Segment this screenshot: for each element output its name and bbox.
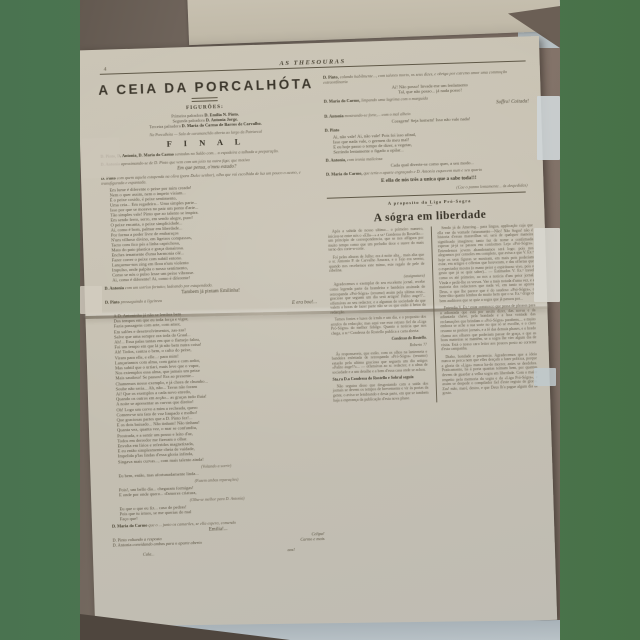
paragraph: Sendo já de Amering... para lingua, appl…: [437, 223, 535, 303]
speaker-name: D. Pinto: [325, 127, 340, 132]
spoken-line: Carmo e mais: [300, 536, 324, 542]
speaker-name: D. Maria do Carmo,: [326, 171, 363, 177]
paragraph: Temos fontes e luzes de irmãs e um dia, …: [331, 315, 427, 336]
left-column: A CEIA DA PORCALHÓTA FIGURÕES: Primeira …: [98, 72, 325, 558]
spoken-line: Cala...: [143, 552, 155, 557]
page-content: 4 AS THESOURAS A CEIA DA PORCALHÓTA FIGU…: [97, 42, 545, 625]
newspaper-page: 4 AS THESOURAS A CEIA DA PORCALHÓTA FIGU…: [80, 36, 557, 634]
speaker-name: D. Maria do Carmo: [112, 523, 147, 529]
direction-text: convidando ambas para o aparte aberto: [132, 540, 201, 547]
tape-patch: [534, 368, 556, 386]
speaker-name: D. Maria do Carmo,: [324, 98, 361, 104]
paragraph: Não seguira disso que desgostando com a …: [333, 382, 429, 403]
subcolumn-left: Após a sahida do nosso ultimo... o prime…: [328, 227, 429, 406]
article-title: A CEIA DA PORCALHÓTA: [98, 76, 310, 98]
verse-block: Ai, não vale! Ai, não vale! Pois foi iss…: [333, 128, 531, 154]
newspaper-photo: ... redacção IPEDITAS, de mantiqas e ret…: [80, 0, 560, 640]
direction-text: prosseguindo a ligeireza: [121, 298, 162, 304]
speaker-name: D. Antonia: [324, 113, 343, 119]
title-ornament-rule: [192, 97, 218, 102]
verse-block-1: Em lume é diferente o peixe por mim crea…: [109, 181, 316, 282]
closing-cues: Cala... aos!: [113, 546, 325, 558]
direction-text: mostrando-se forte,... com o mal alheio: [345, 111, 411, 118]
paragraph: Ás responsaveis, que estão, com os olhos…: [332, 349, 428, 375]
paragraph: Foi pelas alturas de Julho; era á noite …: [329, 252, 425, 273]
direction-text: limpando uma lagrima com o marguida: [361, 96, 428, 103]
paragraph: Diabo, bondade e paciencia. Agradecemos …: [441, 352, 538, 396]
speaker-name: D. Antonia,: [326, 157, 347, 163]
article-subcolumns: Após a sahida do nosso ultimo... o prime…: [328, 223, 538, 405]
spoken-line: aos!: [287, 547, 295, 552]
speaker-name: D. Antonia: [113, 542, 132, 548]
tape-patch: [80, 286, 102, 314]
subcolumn-right: Sendo já de Amering... para lingua, appl…: [430, 223, 538, 402]
paragraph: Agradecemos o exemplar do seu excelente …: [329, 280, 425, 315]
marketplace-photo-backdrop: ... redacção IPEDITAS, de mantiqas e ret…: [0, 0, 640, 640]
speaker-name: D. Pinto: [105, 299, 120, 304]
cast-role: Terceira palradora: [149, 123, 180, 129]
direction-text: com ironia maliciosa: [347, 155, 383, 161]
cast-name: D. Maria do Carmo de Barros de Carvalho.: [182, 121, 262, 129]
paragraph: Após a sahida do nosso ultimo... o prime…: [328, 227, 424, 253]
tape-patch: [81, 137, 120, 178]
tape-patch: [537, 96, 560, 160]
speaker-name: D. Antonia: [104, 285, 123, 291]
verse-block-2: A D. Antoninha já não se lembra bem Dos …: [113, 307, 322, 464]
right-column: D. Pinto, calando habilmente..., com tal…: [323, 65, 543, 551]
direction-text: que teria o aparte engraçado e D. Antoni…: [363, 167, 482, 176]
tape-patch: [534, 228, 560, 302]
paragraph: Entendia V. Ex.ª estar comnosco que pass…: [440, 304, 537, 352]
